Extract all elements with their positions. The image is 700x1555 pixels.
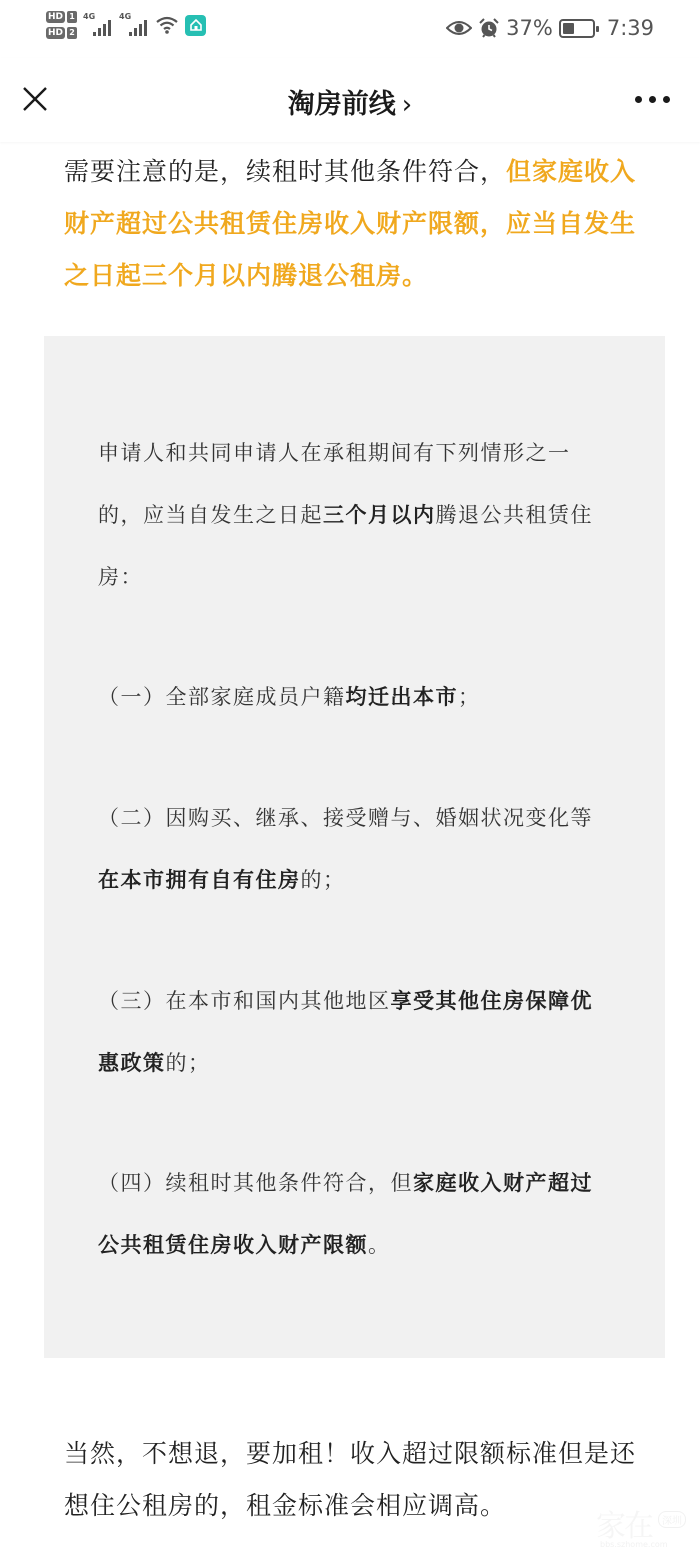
quote-block: 申请人和共同申请人在承租期间有下列情形之一的，应当自发生之日起三个月以内腾退公共… [44, 336, 665, 1358]
quote-item-text: 。 [368, 1233, 391, 1257]
hd-badge: HD [46, 27, 65, 39]
quote-item-bold: 均迁出本市 [346, 685, 459, 709]
quote-item-1: （一）全部家庭成员户籍均迁出本市； [98, 666, 598, 728]
quote-item-text: （一）全部家庭成员户籍 [98, 685, 346, 709]
account-title-link[interactable]: 淘房前线› [0, 82, 700, 121]
quote-lead: 申请人和共同申请人在承租期间有下列情形之一的，应当自发生之日起三个月以内腾退公共… [98, 422, 598, 608]
status-bar: HD 1 HD 2 4G 4G [0, 0, 700, 58]
quote-item-text: （四）续租时其他条件符合，但 [98, 1171, 413, 1195]
watermark-logo: 家在 深圳 bbs.szhome.com [596, 1501, 692, 1549]
clock: 7:39 [607, 16, 654, 40]
signal-bars-icon [129, 20, 147, 36]
sim1-indicator: HD 1 [46, 11, 77, 23]
signal-icon-sim2: 4G [119, 14, 147, 36]
quote-item-bold: 在本市拥有自有住房 [98, 868, 301, 892]
page-title: 淘房前线 [288, 89, 396, 120]
quote-item-2: （二）因购买、继承、接受赠与、婚姻状况变化等在本市拥有自有住房的； [98, 787, 598, 911]
signal-bars-icon [93, 20, 111, 36]
app-home-icon [185, 15, 206, 36]
nav-bar: 淘房前线› [0, 58, 700, 142]
status-right: 37% 7:39 [446, 16, 654, 40]
alarm-icon [478, 17, 500, 39]
watermark-badge: 深圳 [658, 1511, 686, 1528]
watermark-url: bbs.szhome.com [600, 1540, 668, 1549]
quote-item-text: 的； [301, 868, 346, 892]
battery-icon [559, 19, 595, 38]
sim-number: 1 [67, 11, 77, 23]
quote-item-4: （四）续租时其他条件符合，但家庭收入财产超过公共租赁住房收入财产限额。 [98, 1152, 598, 1276]
quote-item-text: （三）在本市和国内其他地区 [98, 989, 391, 1013]
network-type: 4G [119, 12, 131, 21]
more-icon[interactable] [635, 96, 670, 103]
quote-item-text: （二）因购买、继承、接受赠与、婚姻状况变化等 [98, 806, 593, 830]
quote-item-text: 的； [166, 1051, 211, 1075]
sim-number: 2 [67, 27, 77, 39]
status-left: HD 1 HD 2 4G 4G [46, 11, 206, 39]
hd-badge: HD [46, 11, 65, 23]
quote-item-3: （三）在本市和国内其他地区享受其他住房保障优惠政策的； [98, 970, 598, 1094]
eye-icon [446, 19, 472, 37]
battery-percent: 37% [506, 16, 553, 40]
outro-paragraph: 当然，不想退，要加租！收入超过限额标准但是还想住公租房的，租金标准会相应调高。 [64, 1428, 654, 1532]
chevron-right-icon: › [402, 90, 412, 120]
quote-item-text: ； [458, 685, 481, 709]
sim2-indicator: HD 2 [46, 27, 77, 39]
network-type: 4G [83, 12, 95, 21]
wifi-icon [155, 15, 179, 35]
sim-indicators: HD 1 HD 2 [46, 11, 77, 39]
watermark-text: 家在 [596, 1501, 652, 1545]
intro-text: 需要注意的是，续租时其他条件符合， [64, 157, 506, 186]
signal-icon-sim1: 4G [83, 14, 111, 36]
quote-lead-bold: 三个月以内 [323, 503, 436, 527]
intro-paragraph: 需要注意的是，续租时其他条件符合，但家庭收入财产超过公共租赁住房收入财产限额，应… [64, 146, 640, 302]
